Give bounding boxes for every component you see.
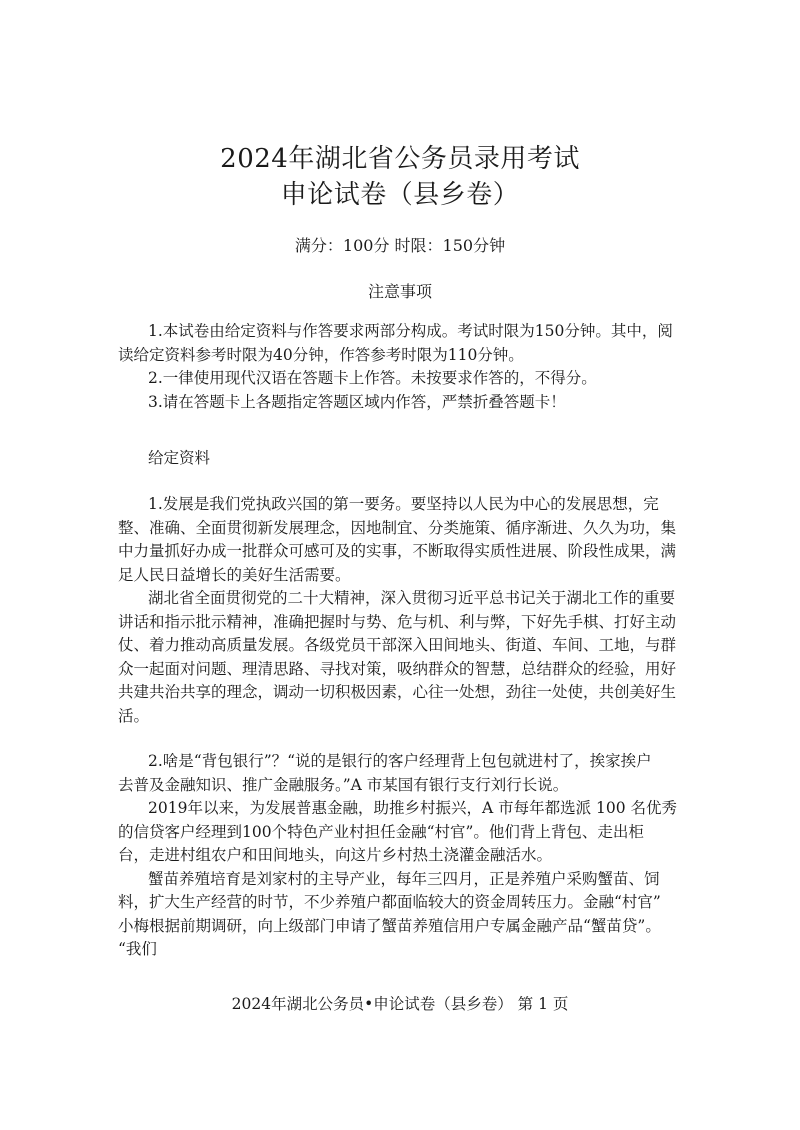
notice-heading: 注意事项 [0, 280, 800, 304]
notice-line: 3.请在答题卡上各题指定答题区域内作答，严禁折叠答题卡！ [118, 391, 680, 415]
notice-line: 读给定资料参考时限为40分钟，作答参考时限为110分钟。 [118, 344, 680, 368]
exam-page: 2024年湖北省公务员录用考试 申论试卷（县乡卷） 满分：100分 时限：150… [0, 0, 800, 1130]
text-line: 的信贷客户经理到100个特色产业村担任金融“村官”。他们背上背包、走出柜 [118, 821, 680, 845]
text-line: 整、准确、全面贯彻新发展理念，因地制宜、分类施策、循序渐进、久久为功，集 [118, 517, 680, 541]
exam-subtitle: 申论试卷（县乡卷） [0, 178, 800, 212]
text-line: 2019年以来，为发展普惠金融，助推乡村振兴，A 市每年都选派 100 名优秀 [118, 797, 680, 821]
text-line: 小梅根据前期调研，向上级部门申请了蟹苗养殖信用户专属金融产品“蟹苗贷”。 [118, 915, 680, 939]
text-line: 2.啥是“背包银行”？“说的是银行的客户经理背上包包就进村了，挨家挨户 [118, 750, 680, 774]
material-2: 2.啥是“背包银行”？“说的是银行的客户经理背上包包就进村了，挨家挨户 去普及金… [118, 750, 680, 962]
text-line: 讲话和指示批示精神，准确把握时与势、危与机、利与弊，下好先手棋、打好主动 [118, 611, 680, 635]
text-line: 去普及金融知识、推广金融服务。”A 市某国有银行支行刘行长说。 [118, 774, 680, 798]
material-1-paragraph-1: 1.发展是我们党执政兴国的第一要务。要坚持以人民为中心的发展思想，完 整、准确、… [118, 493, 680, 587]
text-line: 蟹苗养殖培育是刘家村的主导产业，每年三四月，正是养殖户采购蟹苗、饲 [118, 868, 680, 892]
text-line: 足人民日益增长的美好生活需要。 [118, 564, 680, 588]
page-footer: 2024年湖北公务员•申论试卷（县乡卷） 第 1 页 [0, 992, 800, 1016]
text-line: 台，走进村组农户和田间地头，向这片乡村热土浇灌金融活水。 [118, 844, 680, 868]
text-line: 1.发展是我们党执政兴国的第一要务。要坚持以人民为中心的发展思想，完 [118, 493, 680, 517]
notice-line: 1.本试卷由给定资料与作答要求两部分构成。考试时限为150分钟。其中，阅 [118, 320, 680, 344]
text-line: 料，扩大生产经营的时节，不少养殖户都面临较大的资金周转压力。金融“村官” [118, 891, 680, 915]
text-line: 仗、着力推动高质量发展。各级党员干部深入田间地头、街道、车间、工地，与群 [118, 634, 680, 658]
material-1-paragraph-2: 湖北省全面贯彻党的二十大精神，深入贯彻习近平总书记关于湖北工作的重要 讲话和指示… [118, 587, 680, 728]
section-label-materials: 给定资料 [148, 446, 210, 470]
exam-title: 2024年湖北省公务员录用考试 [0, 142, 800, 176]
score-time-info: 满分：100分 时限：150分钟 [0, 234, 800, 258]
text-line: “我们 [118, 938, 680, 962]
text-line: 湖北省全面贯彻党的二十大精神，深入贯彻习近平总书记关于湖北工作的重要 [118, 587, 680, 611]
notice-line: 2.一律使用现代汉语在答题卡上作答。未按要求作答的，不得分。 [118, 367, 680, 391]
text-line: 中力量抓好办成一批群众可感可及的实事，不断取得实质性进展、阶段性成果，满 [118, 540, 680, 564]
text-line: 众一起面对问题、理清思路、寻找对策，吸纳群众的智慧，总结群众的经验，用好 [118, 658, 680, 682]
notice-list: 1.本试卷由给定资料与作答要求两部分构成。考试时限为150分钟。其中，阅 读给定… [118, 320, 680, 414]
text-line: 活。 [118, 705, 680, 729]
text-line: 共建共治共享的理念，调动一切积极因素，心往一处想，劲往一处使，共创美好生 [118, 681, 680, 705]
